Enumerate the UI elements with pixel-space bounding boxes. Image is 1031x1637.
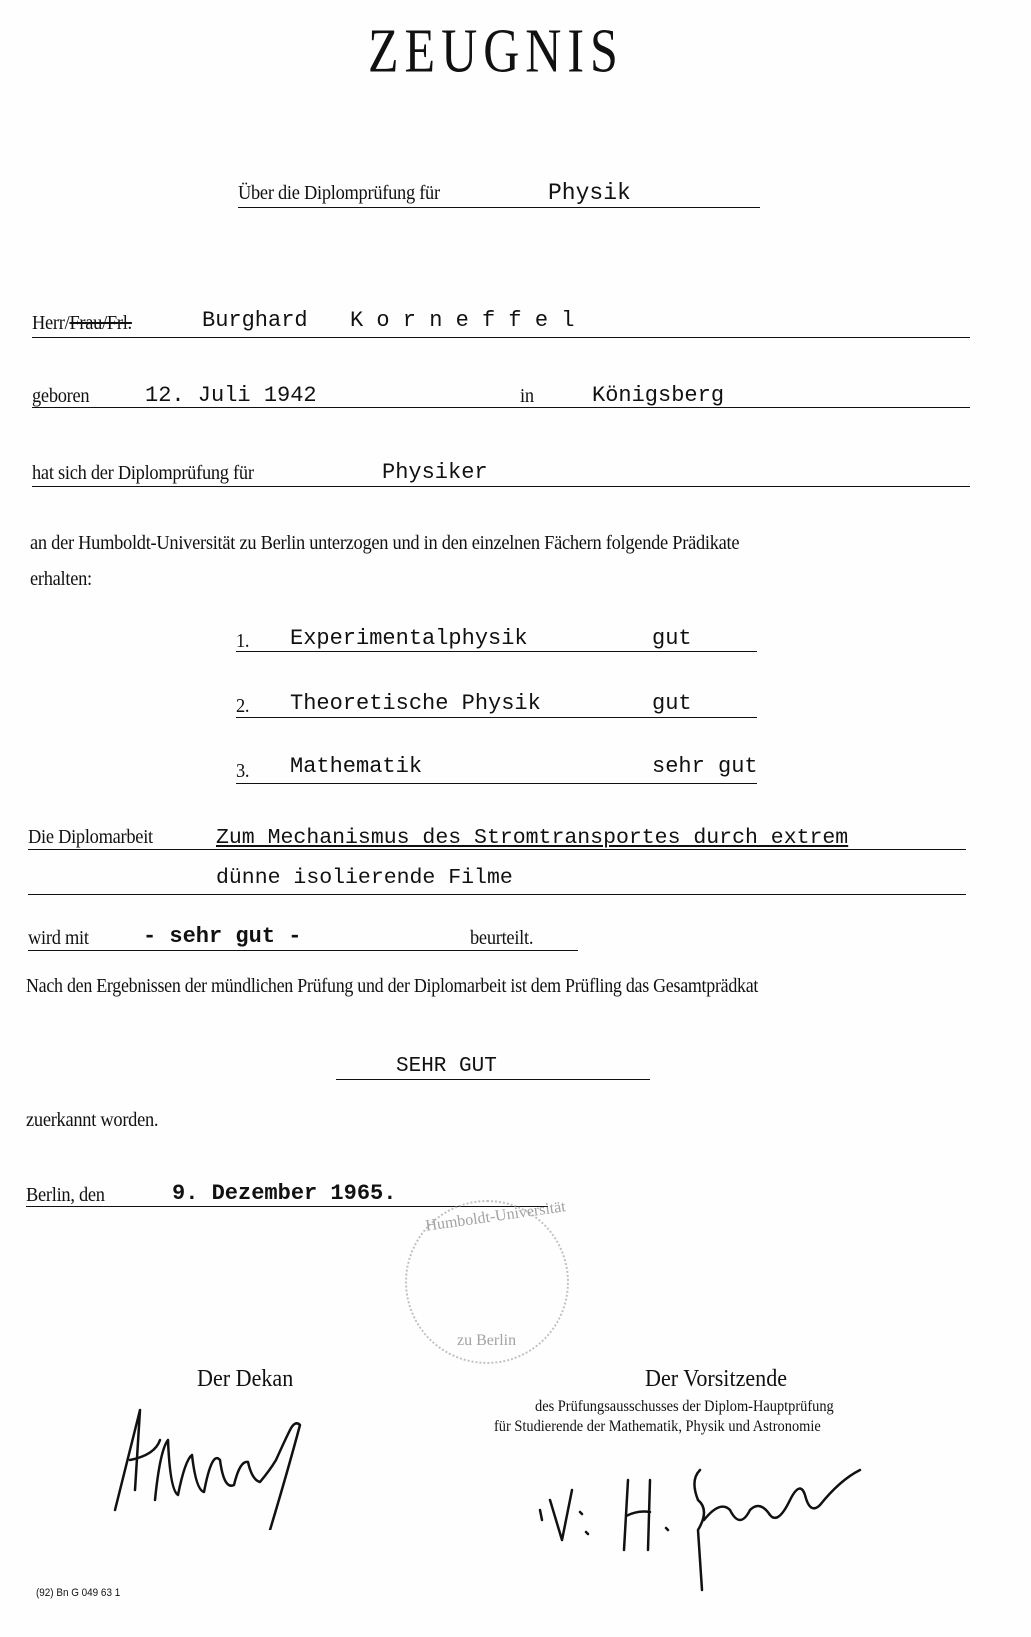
last-name: K o r n e f f e l	[350, 308, 574, 333]
subject-name: Mathematik	[290, 754, 422, 779]
exam-for-value: Physiker	[382, 460, 488, 485]
overall-sentence: Nach den Ergebnissen der mündlichen Prüf…	[26, 976, 758, 998]
dean-signature	[100, 1400, 340, 1530]
first-name: Burghard	[202, 308, 308, 333]
chair-subtitle-line-1: des Prüfungsausschusses der Diplom-Haupt…	[535, 1398, 834, 1416]
intro-line-1: an der Humboldt-Universität zu Berlin un…	[30, 532, 739, 555]
thesis-grade-value: - sehr gut -	[143, 924, 301, 949]
subject-grade: gut	[652, 626, 692, 651]
birth-place: Königsberg	[592, 383, 724, 408]
subject-rule	[236, 717, 757, 718]
date-value: 9. Dezember 1965.	[172, 1181, 396, 1206]
overall-grade: SEHR GUT	[396, 1055, 497, 1078]
exam-value: Physik	[548, 180, 631, 206]
subject-number: 2.	[236, 695, 249, 718]
intro-line-2: erhalten:	[30, 568, 92, 591]
thesis-title-line-2: dünne isolierende Filme	[216, 866, 513, 890]
dean-title: Der Dekan	[197, 1366, 293, 1393]
thesis-label: Die Diplomarbeit	[28, 826, 153, 849]
salutation-label: Herr/Frau/Frl.	[32, 312, 132, 335]
seal-text-bottom: zu Berlin	[457, 1332, 516, 1350]
subject-grade: gut	[652, 691, 692, 716]
thesis-grade-suffix: beurteilt.	[470, 927, 533, 950]
birth-label: geboren	[32, 385, 89, 408]
exam-for-label: hat sich der Diplomprüfung für	[32, 462, 254, 485]
exam-rule	[238, 207, 760, 208]
overall-grade-rule	[336, 1079, 650, 1080]
chair-signature	[520, 1440, 920, 1600]
subject-name: Experimentalphysik	[290, 626, 528, 651]
subject-number: 3.	[236, 760, 249, 783]
thesis-rule-1	[28, 849, 966, 850]
subject-name: Theoretische Physik	[290, 691, 541, 716]
exam-label: Über die Diplomprüfung für	[238, 182, 440, 205]
subject-grade: sehr gut	[652, 754, 758, 779]
subject-number: 1.	[236, 630, 249, 653]
certificate-page: ZEUGNIS Über die Diplomprüfung für Physi…	[0, 0, 1031, 1637]
subject-rule	[236, 651, 757, 652]
thesis-grade-label: wird mit	[28, 927, 89, 950]
birth-date: 12. Juli 1942	[145, 383, 317, 408]
awarded-text: zuerkannt worden.	[26, 1109, 158, 1132]
birth-in-label: in	[520, 385, 534, 408]
salutation-struck: Frau/Frl.	[69, 312, 131, 334]
seal-text-top: Humboldt-Universität	[424, 1198, 566, 1235]
thesis-grade-rule	[28, 950, 578, 951]
form-code: (92) Bn G 049 63 1	[36, 1587, 120, 1599]
subject-rule	[236, 783, 757, 784]
salutation-herr: Herr/	[32, 312, 69, 334]
exam-for-rule	[32, 486, 970, 487]
date-label: Berlin, den	[26, 1184, 105, 1207]
university-seal: Humboldt-Universität zu Berlin	[405, 1200, 569, 1364]
chair-subtitle-line-2: für Studierende der Mathematik, Physik u…	[494, 1418, 821, 1436]
name-rule	[32, 337, 970, 338]
birth-rule	[32, 407, 970, 408]
thesis-rule-2	[28, 894, 966, 895]
chair-title: Der Vorsitzende	[645, 1366, 787, 1393]
document-title: ZEUGNIS	[368, 14, 624, 87]
thesis-title-line-1: Zum Mechanismus des Stromtransportes dur…	[216, 826, 848, 850]
